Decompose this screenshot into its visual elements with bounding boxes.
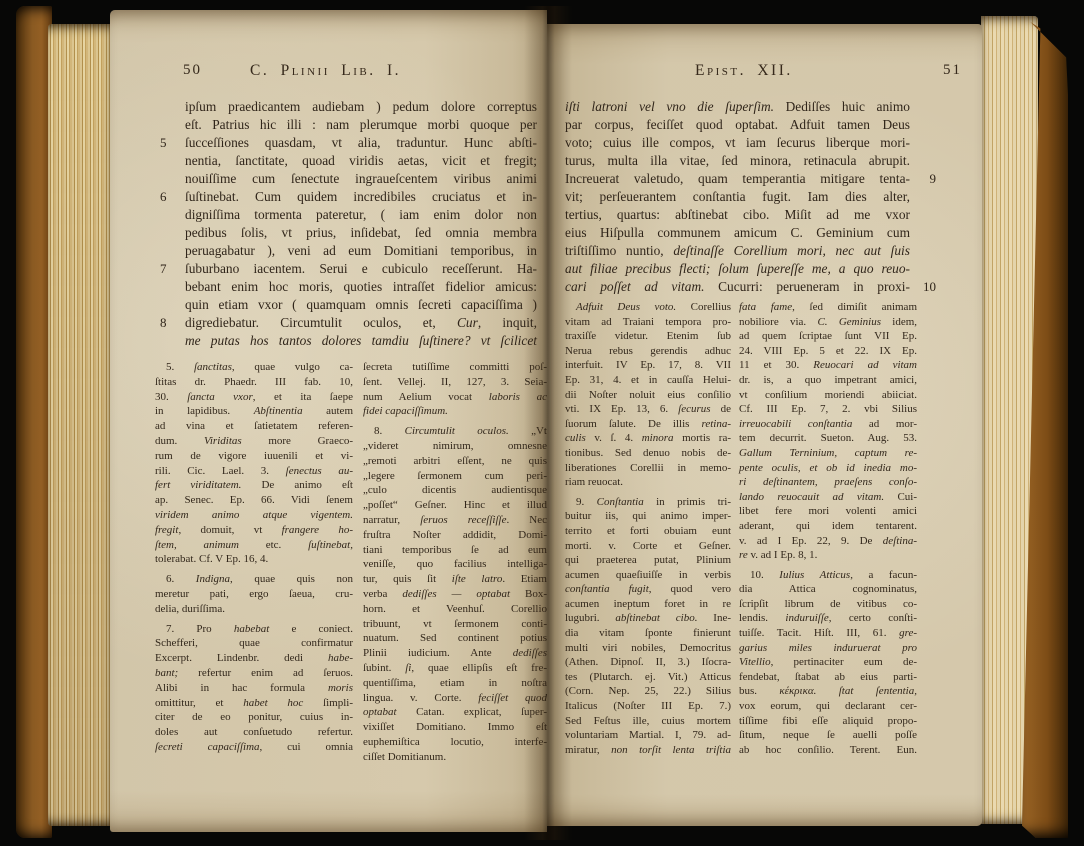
note-line: rum de vigore iuuenili et vi- xyxy=(155,449,353,464)
note-line: acumen quaeſiuiſſe in verbis xyxy=(565,568,731,583)
note-line: v. ad I Ep. 22, 9. De deſtina- xyxy=(739,534,917,549)
note-line: miratur, non torſit lenta triſtia xyxy=(565,743,731,758)
left-page-number: 50 xyxy=(183,62,202,79)
note-line: (Corn. Nep. 25, 22.) Silius xyxy=(565,684,731,699)
note-line: tuiſſe. Tacit. Hiſt. III, 61. gre- xyxy=(739,626,917,641)
note-line: (Athen. Dipnoſ. II, 3.) Iſocra- xyxy=(565,655,731,670)
right-notes-col1: Adfuit Deus voto. Corelliusvitam ad Trai… xyxy=(565,300,731,757)
note-line: optabat Catan. explicat, ſuper- xyxy=(363,705,547,720)
note-paragraph: 6. Indigna, quae quis nonmeretur pati, e… xyxy=(155,572,353,616)
note-line: ſcripſit librum de vitibus co- xyxy=(739,597,917,612)
right-page-number: 51 xyxy=(943,62,962,79)
note-line: rili. Cic. Lael. 3. ſenectus au- xyxy=(155,464,353,479)
note-line: tribuunt, vt ſermonem conti- xyxy=(363,617,547,632)
text-line: voto; cuius ille compos, vt iam ſecurus … xyxy=(565,134,910,152)
note-line: ad quem ſcriptae ſunt VII Ep. xyxy=(739,329,917,344)
text-line: eſt. Patrius hic illi : nam plerumque mo… xyxy=(185,116,537,134)
note-line: bus. κέκρικα. ſtat ſententia, xyxy=(739,684,917,699)
note-line: meretur pati, ergo ſaeua, cru- xyxy=(155,587,353,602)
note-line: fendebat, ſtabat ab eius parti- xyxy=(739,670,917,685)
note-line: irreuocabili conſtantia ad mor- xyxy=(739,417,917,432)
note-line: pente oculis, et ob id inedia mo- xyxy=(739,461,917,476)
note-line: morti. v. Corte et Geſner. xyxy=(565,539,731,554)
note-line: Excerpt. Lindenbr. dedi habe- xyxy=(155,651,353,666)
text-line: Increuerat valetudo, quam temperantia mi… xyxy=(565,170,910,188)
note-line: lando reuocauit ad vitam. Cui- xyxy=(739,490,917,505)
text-line: cari poſſet ad vitam. Cucurri: peruenera… xyxy=(565,278,910,296)
note-line: tur, quis ſit iſte latro. Etiam xyxy=(363,572,547,587)
right-page-header: Epist. XII. 51 xyxy=(547,62,982,82)
note-paragraph: fata fame, ſed dimiſit animamnobiliore v… xyxy=(739,300,917,563)
note-line: „poſſet“ Geſner. Hinc et illud xyxy=(363,498,547,513)
book-photo: 50 C. Plinii Lib. I. ipſum praedicantem … xyxy=(0,0,1084,846)
text-line: nouiſſime cum ſenectute ingraueſcentem v… xyxy=(185,170,537,188)
note-line: 7. Pro habebat e coniect. xyxy=(155,622,353,637)
note-line: ciſſet Domitianum. xyxy=(363,750,547,765)
text-line: quin etiam vxor ( quamquam omnis ſecreti… xyxy=(185,296,537,314)
note-line: fert viriditatem. De animo eſt xyxy=(155,478,353,493)
note-line: Vitellio, pertinaciter eum de- xyxy=(739,655,917,670)
right-notes-col2: fata fame, ſed dimiſit animamnobiliore v… xyxy=(739,300,917,757)
note-line: 6. Indigna, quae quis non xyxy=(155,572,353,587)
note-line: dia Attica cognominatus, xyxy=(739,582,917,597)
text-line: nentia, ſanctitate, quoad viridis aetas,… xyxy=(185,152,537,170)
note-line: ri deſtinantem, praeſens conſo- xyxy=(739,475,917,490)
note-line: dia vitam ſponte finierunt xyxy=(565,626,731,641)
note-line: ſecreta tutiſſime committi poſ- xyxy=(363,360,547,375)
book-cover-left xyxy=(16,6,52,838)
note-line: fruſtra Noſter addidit, Domi- xyxy=(363,528,547,543)
text-line: digniſſima tormenta pateretur, ( iam eni… xyxy=(185,206,537,224)
note-line: 30. ſancta vxor, et ita ſaepe xyxy=(155,390,353,405)
section-number: 7 xyxy=(160,260,167,278)
note-line: 5. ſanctitas, quae vulgo ca- xyxy=(155,360,353,375)
note-line: ſtitas dr. Phaedr. III fab. 10, xyxy=(155,375,353,390)
note-line: Schefferi, quae confirmatur xyxy=(155,636,353,651)
text-line: par corpus, feciſſet quod optabat. Adfui… xyxy=(565,116,910,134)
note-line: Sed Feſtus ille, cuius mortem xyxy=(565,714,731,729)
note-line: Plinii iudicium. Ante dediſſes xyxy=(363,646,547,661)
text-line: triſtiſſimo nuntio, deſtinaſſe Corellium… xyxy=(565,242,910,260)
text-line: ſucceſſiones quasdam, vt alia, traduntur… xyxy=(185,134,537,152)
section-number: 9 xyxy=(930,170,937,188)
note-line: vt conſilium moriendi abiiciat. xyxy=(739,388,917,403)
note-line: fata fame, ſed dimiſit animam xyxy=(739,300,917,315)
note-line: tolerabat. Cf. V Ep. 16, 4. xyxy=(155,552,353,567)
note-line: citer de eo ponitur, cuius in- xyxy=(155,710,353,725)
text-line: digrediebatur. Circumtulit oculos, et, C… xyxy=(185,314,537,332)
note-line: dii Noſter noluit eius conſilio xyxy=(565,388,731,403)
text-line: aut filiae precibus flecti; ſolum ſupere… xyxy=(565,260,910,278)
left-notes-col2: ſecreta tutiſſime committi poſ-ſent. Vel… xyxy=(363,360,547,765)
note-line: tes (Plutarch. ej. Vit.) Atticus xyxy=(565,670,731,685)
note-line: vox eorum, qui declarant cer- xyxy=(739,699,917,714)
note-paragraph: ſecreta tutiſſime committi poſ-ſent. Vel… xyxy=(363,360,547,419)
note-line: Ep. 31, 4. et in cauſſa Helui- xyxy=(565,373,731,388)
note-line: quentiſſima, etiam in noſtra xyxy=(363,676,547,691)
text-line: iſti latroni vel vno die ſuperſim. Dediſ… xyxy=(565,98,910,116)
note-line: 24. VIII Ep. 5 et 22. IX Ep. xyxy=(739,344,917,359)
note-line: tionibus. Sed denuo nobis de- xyxy=(565,446,731,461)
note-line: culis v. ſ. 4. minora mortis ra- xyxy=(565,431,731,446)
note-line: Cf. III Ep. 7, 2. vbi Silius xyxy=(739,402,917,417)
note-line: „videret nimirum, omnesne xyxy=(363,439,547,454)
note-line: lingua. v. Corte. feciſſet quod xyxy=(363,691,547,706)
note-line: euphemiſtica locutio, interfe- xyxy=(363,735,547,750)
text-line: bebant enim hoc moris, quoties intraſſet… xyxy=(185,278,537,296)
note-line: Adfuit Deus voto. Corellius xyxy=(565,300,731,315)
note-line: ap. Senec. Ep. 66. Vidi ſenem xyxy=(155,493,353,508)
text-line: peruagabatur ), veni ad eum Domitiani te… xyxy=(185,242,537,260)
note-paragraph: 8. Circumtulit oculos. „Vt„videret nimir… xyxy=(363,424,547,764)
note-line: verba dediſſes — optabat Box- xyxy=(363,587,547,602)
text-line: ipſum praedicantem audiebam ) pedum dolo… xyxy=(185,98,537,116)
section-number: 8 xyxy=(160,314,167,332)
note-line: omittitur, et habet hoc ſimpli- xyxy=(155,696,353,711)
left-running-title: C. Plinii Lib. I. xyxy=(250,62,401,80)
note-line: ſuorum ſalute. De illis retina- xyxy=(565,417,731,432)
right-running-title: Epist. XII. xyxy=(695,62,793,80)
note-line: 10. Iulius Atticus, a facun- xyxy=(739,568,917,583)
note-line: ſitum, neque ſe auelli poſſe xyxy=(739,728,917,743)
note-line: voluntariam Martial. I, 79. ad- xyxy=(565,728,731,743)
text-line: tertius, quartus: abſtinebat cibo. Miſit… xyxy=(565,206,910,224)
note-line: tem decurrit. Sueton. Aug. 53. xyxy=(739,431,917,446)
note-paragraph: Adfuit Deus voto. Corelliusvitam ad Trai… xyxy=(565,300,731,490)
note-line: lugubri. abſtinebat cibo. Ine- xyxy=(565,611,731,626)
text-line: pedibus ſolis, vt prius, inſidebat, ſed … xyxy=(185,224,537,242)
note-line: horn. et Veenhuſ. Corellio xyxy=(363,602,547,617)
note-line: delia, duriſſima. xyxy=(155,602,353,617)
note-line: traxiſſe videtur. Etenim ſub xyxy=(565,329,731,344)
note-line: aderant, qui idem tentarent. xyxy=(739,519,917,534)
note-line: riam reuocat. xyxy=(565,475,731,490)
note-line: „legere ſermonem cum peri- xyxy=(363,469,547,484)
note-line: ab hoc conſilio. Terent. Eun. xyxy=(739,743,917,758)
left-notes-col1: 5. ſanctitas, quae vulgo ca-ſtitas dr. P… xyxy=(155,360,353,765)
right-notes: Adfuit Deus voto. Corelliusvitam ad Trai… xyxy=(565,300,917,757)
note-line: nuatum. Sed continent potius xyxy=(363,631,547,646)
note-line: fregit, domuit, vt frangere ho- xyxy=(155,523,353,538)
note-line: vixiſſet Domitiano. Immo eſt xyxy=(363,720,547,735)
note-line: ad vina et ſatietatem referen- xyxy=(155,419,353,434)
note-line: dr. is, a quo impetrant amici, xyxy=(739,373,917,388)
note-line: ſecreti capaciſſima, cui omnia xyxy=(155,740,353,755)
note-line: ſtem, animum etc. ſuſtinebat, xyxy=(155,538,353,553)
note-line: 8. Circumtulit oculos. „Vt xyxy=(363,424,547,439)
note-line: multi viri nobiles, Democritus xyxy=(565,641,731,656)
note-line: liberationes Corellii in memo- xyxy=(565,461,731,476)
note-line: vti. IX Ep. 13, 6. ſecurus de xyxy=(565,402,731,417)
text-line: turus, multa illa vitae, ſed minora, ret… xyxy=(565,152,910,170)
note-line: „remoti arbitri eſſent, ne quis xyxy=(363,454,547,469)
note-paragraph: 9. Conſtantia in primis tri-buitur iis, … xyxy=(565,495,731,758)
note-line: garius miles induruerat pro xyxy=(739,641,917,656)
note-line: 11 et 30. Reuocari ad vitam xyxy=(739,358,917,373)
note-line: buitur iis, qui animo imper- xyxy=(565,509,731,524)
note-paragraph: 10. Iulius Atticus, a facun-dia Attica c… xyxy=(739,568,917,758)
text-line: ſuſtinebat. Cum quidem incredibiles cruc… xyxy=(185,188,537,206)
note-line: qui praeterea putat, Plinium xyxy=(565,553,731,568)
note-line: acumen ineptum foret in re xyxy=(565,597,731,612)
note-line: tiſſime fibi eſſe aliquid propo- xyxy=(739,714,917,729)
note-line: interfuit. IV Ep. 17, 8. VII xyxy=(565,358,731,373)
note-line: ſent. Vellej. II, 127, 3. Seia- xyxy=(363,375,547,390)
note-line: veniſſe, quo facilius intelliga- xyxy=(363,557,547,572)
section-number: 5 xyxy=(160,134,167,152)
note-line: num Aelium vocat laboris ac xyxy=(363,390,547,405)
section-number: 6 xyxy=(160,188,167,206)
note-line: conſtantia fugit, quod vero xyxy=(565,582,731,597)
note-line: fidei capaciſſimum. xyxy=(363,404,547,419)
section-number: 10 xyxy=(923,278,936,296)
note-line: dum. Viriditas more Graeco- xyxy=(155,434,353,449)
left-page-header: 50 C. Plinii Lib. I. xyxy=(110,62,547,82)
note-line: territo et forti obuiam eunt xyxy=(565,524,731,539)
note-line: „culo dicentis audientisque xyxy=(363,483,547,498)
note-line: tiani temporibus ſe ad eum xyxy=(363,543,547,558)
text-line: ſuburbano iacentem. Serui e cubiculo rec… xyxy=(185,260,537,278)
note-line: narratur, ſeruos receſſiſſe. Nec xyxy=(363,513,547,528)
note-paragraph: 5. ſanctitas, quae vulgo ca-ſtitas dr. P… xyxy=(155,360,353,567)
gilt-page-edges-left xyxy=(48,24,112,826)
right-main-text: iſti latroni vel vno die ſuperſim. Dediſ… xyxy=(565,98,910,296)
note-line: lendis. induruiſſe, certo conſti- xyxy=(739,611,917,626)
note-line: viridem animo atque vigentem. xyxy=(155,508,353,523)
note-line: doles aut conſuetudo refertur. xyxy=(155,725,353,740)
left-main-text: ipſum praedicantem audiebam ) pedum dolo… xyxy=(185,98,537,350)
note-line: Italicus (Noſter III Ep. 7.) xyxy=(565,699,731,714)
note-line: libet fere mori volenti amici xyxy=(739,504,917,519)
note-line: Gallum Terninium, captum re- xyxy=(739,446,917,461)
text-line: me putas hos tantos dolores tamdiu ſuſti… xyxy=(185,332,537,350)
note-line: 9. Conſtantia in primis tri- xyxy=(565,495,731,510)
note-line: re v. ad I Ep. 8, 1. xyxy=(739,548,917,563)
note-line: nobiliore via. C. Geminius idem, xyxy=(739,315,917,330)
note-paragraph: 7. Pro habebat e coniect.Schefferi, quae… xyxy=(155,622,353,755)
left-page: 50 C. Plinii Lib. I. ipſum praedicantem … xyxy=(110,10,547,832)
note-line: Nerua rebus gerendis adhuc xyxy=(565,344,731,359)
note-line: ſubint. ſi, quae ellipſis eſt fre- xyxy=(363,661,547,676)
right-page: Epist. XII. 51 iſti latroni vel vno die … xyxy=(547,24,982,826)
left-notes: 5. ſanctitas, quae vulgo ca-ſtitas dr. P… xyxy=(155,360,547,765)
text-line: vit; perſeuerantem conſtantia fugit. Iam… xyxy=(565,188,910,206)
note-line: in lapidibus. Abſtinentia autem xyxy=(155,404,353,419)
note-line: vitam ad Traiani tempora pro- xyxy=(565,315,731,330)
note-line: Alibi in hac formula moris xyxy=(155,681,353,696)
note-line: bant; refertur enim ad ſeruos. xyxy=(155,666,353,681)
text-line: eius Hiſpulla communem amicum C. Geminiu… xyxy=(565,224,910,242)
